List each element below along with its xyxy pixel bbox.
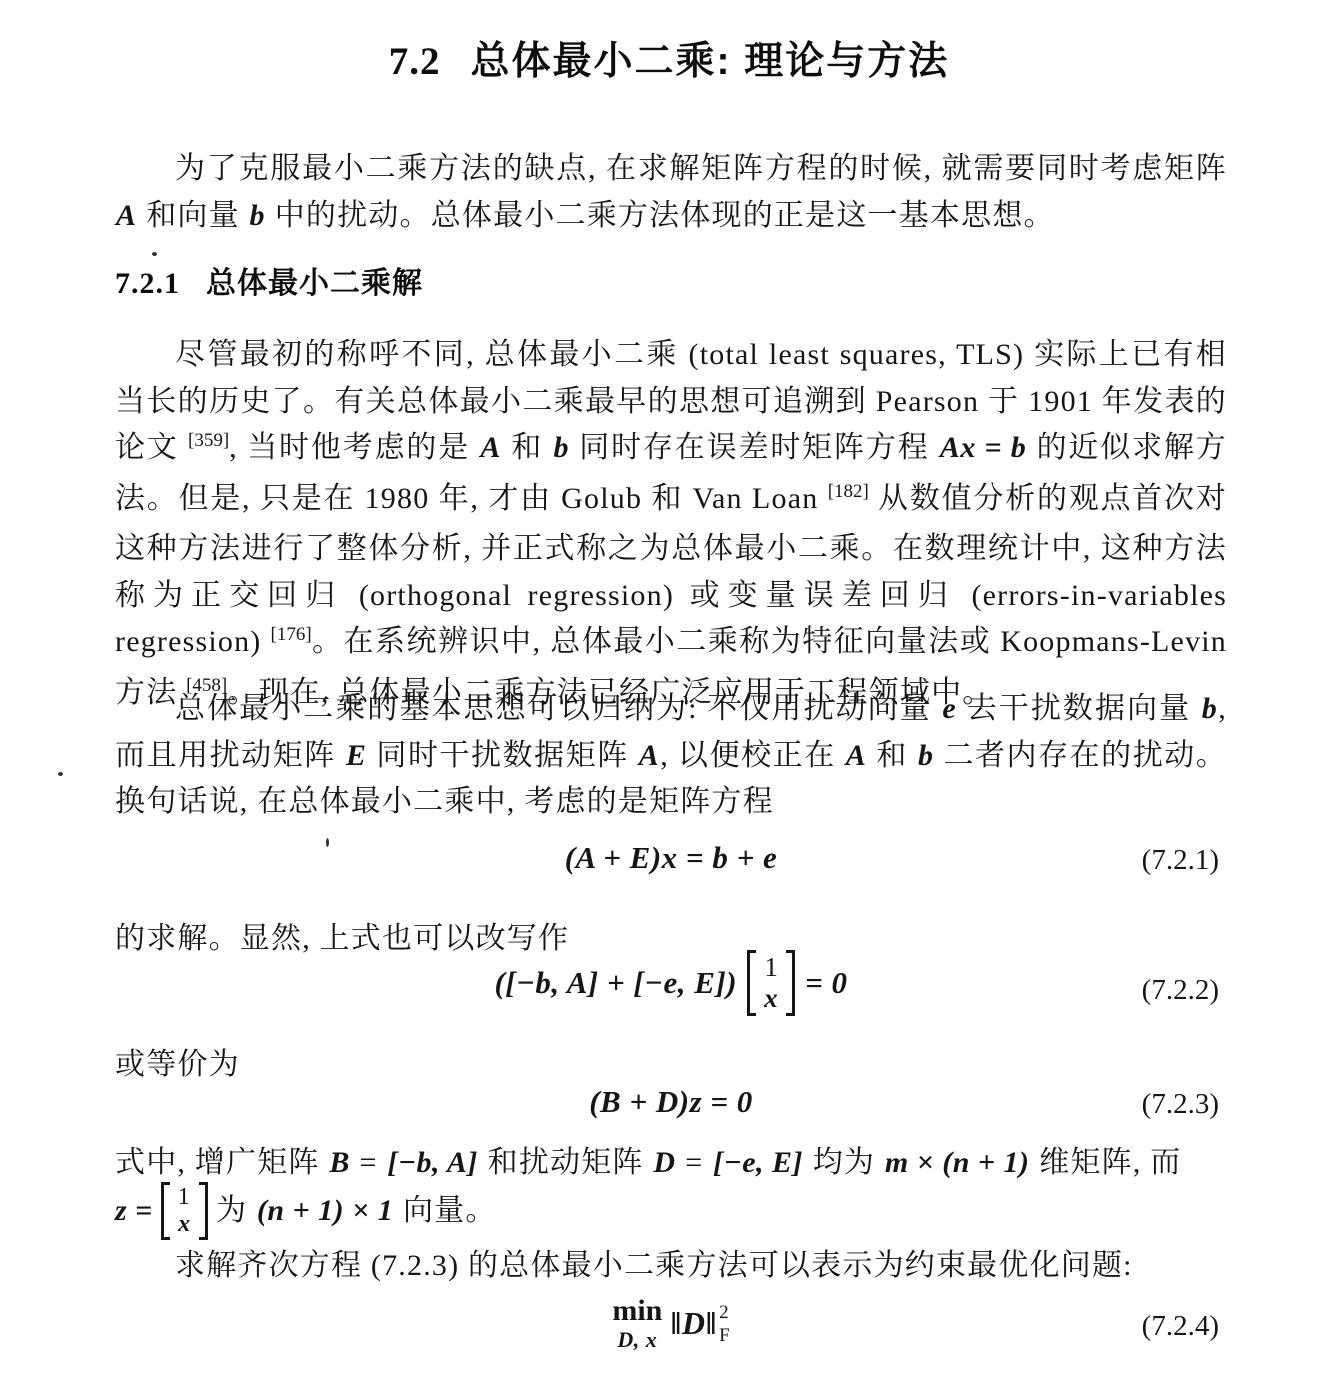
- min-operator-block: min D, x: [612, 1296, 662, 1351]
- vector-entry-bottom: x: [178, 1211, 191, 1238]
- equation-724: min D, x ‖D‖ 2 F: [115, 1296, 1227, 1351]
- norm-subscript: F: [719, 1326, 730, 1345]
- vector-entry-bottom: x: [764, 983, 778, 1014]
- equation-number-721: (7.2.1): [1142, 844, 1219, 877]
- book-page: 7.2总体最小二乘: 理论与方法 为了克服最小二乘方法的缺点, 在求解矩阵方程的…: [0, 0, 1338, 1396]
- equation-row-723: (B + D)z = 0 (7.2.3): [115, 1084, 1227, 1128]
- equation-723-body: (B + D)z = 0: [589, 1084, 753, 1120]
- vector-entry-top: 1: [764, 952, 778, 983]
- equation-723: (B + D)z = 0: [115, 1084, 1227, 1120]
- paragraph-constrained: 求解齐次方程 (7.2.3) 的总体最小二乘方法可以表示为约束最优化问题:: [115, 1243, 1227, 1290]
- equation-number-724: (7.2.4): [1142, 1310, 1219, 1343]
- equation-722: ([−b, A] + [−e, E]) 1 x = 0: [115, 950, 1227, 1016]
- subsection-number: 7.2.1: [115, 267, 180, 300]
- paragraph-intro: 为了克服最小二乘方法的缺点, 在求解矩阵方程的时候, 就需要同时考虑矩阵 A 和…: [115, 146, 1227, 239]
- subsection-title-text: 总体最小二乘解: [206, 267, 423, 300]
- left-bracket: [747, 950, 756, 1016]
- inline-column-vector: 1 x: [161, 1182, 208, 1240]
- vector-entry-top: 1: [178, 1184, 191, 1211]
- scan-artifact-dot: [152, 252, 157, 256]
- equation-row-721: (A + E)x = b + e (7.2.1): [115, 840, 1227, 884]
- z-equals: z =: [115, 1188, 153, 1235]
- min-subscript: D, x: [617, 1329, 657, 1351]
- left-bracket: [161, 1182, 170, 1240]
- section-title-text: 总体最小二乘: 理论与方法: [470, 40, 949, 83]
- min-operator: min: [612, 1296, 662, 1326]
- paragraph-where-line2: z = 1 x 为 (n + 1) × 1 向量。: [115, 1175, 1227, 1247]
- equation-722-suffix: = 0: [805, 965, 847, 1001]
- scan-artifact-dot: [58, 772, 63, 776]
- subsection-heading: 7.2.1总体最小二乘解: [115, 258, 423, 302]
- paragraph-equiv: 或等价为: [115, 1042, 1227, 1089]
- equation-721: (A + E)x = b + e: [115, 840, 1227, 876]
- equation-number-722: (7.2.2): [1142, 974, 1219, 1007]
- frobenius-norm: ‖D‖: [670, 1305, 717, 1342]
- scan-artifact-mark: [326, 838, 329, 847]
- paragraph-basic-idea: 总体最小二乘的基本思想可以归纳为: 不仅用扰动向量 e 去干扰数据向量 b, 而…: [115, 686, 1227, 826]
- equation-722-prefix: ([−b, A] + [−e, E]): [494, 965, 737, 1001]
- right-bracket: [199, 1182, 208, 1240]
- equation-row-722: ([−b, A] + [−e, E]) 1 x = 0 (7.2.2): [115, 950, 1227, 1042]
- column-vector: 1 x: [747, 950, 795, 1016]
- equation-number-723: (7.2.3): [1142, 1088, 1219, 1121]
- paragraph-history: 尽管最初的称呼不同, 总体最小二乘 (total least squares, …: [115, 332, 1227, 720]
- right-bracket: [786, 950, 795, 1016]
- page-title: 7.2总体最小二乘: 理论与方法: [0, 30, 1338, 86]
- norm-superscript: 2: [719, 1303, 729, 1322]
- section-number: 7.2: [389, 40, 441, 83]
- equation-row-724: min D, x ‖D‖ 2 F (7.2.4): [115, 1296, 1227, 1388]
- norm-scripts: 2 F: [719, 1303, 730, 1345]
- equation-721-body: (A + E)x = b + e: [565, 840, 778, 876]
- where-line2-rest: 为 (n + 1) × 1 向量。: [216, 1188, 497, 1235]
